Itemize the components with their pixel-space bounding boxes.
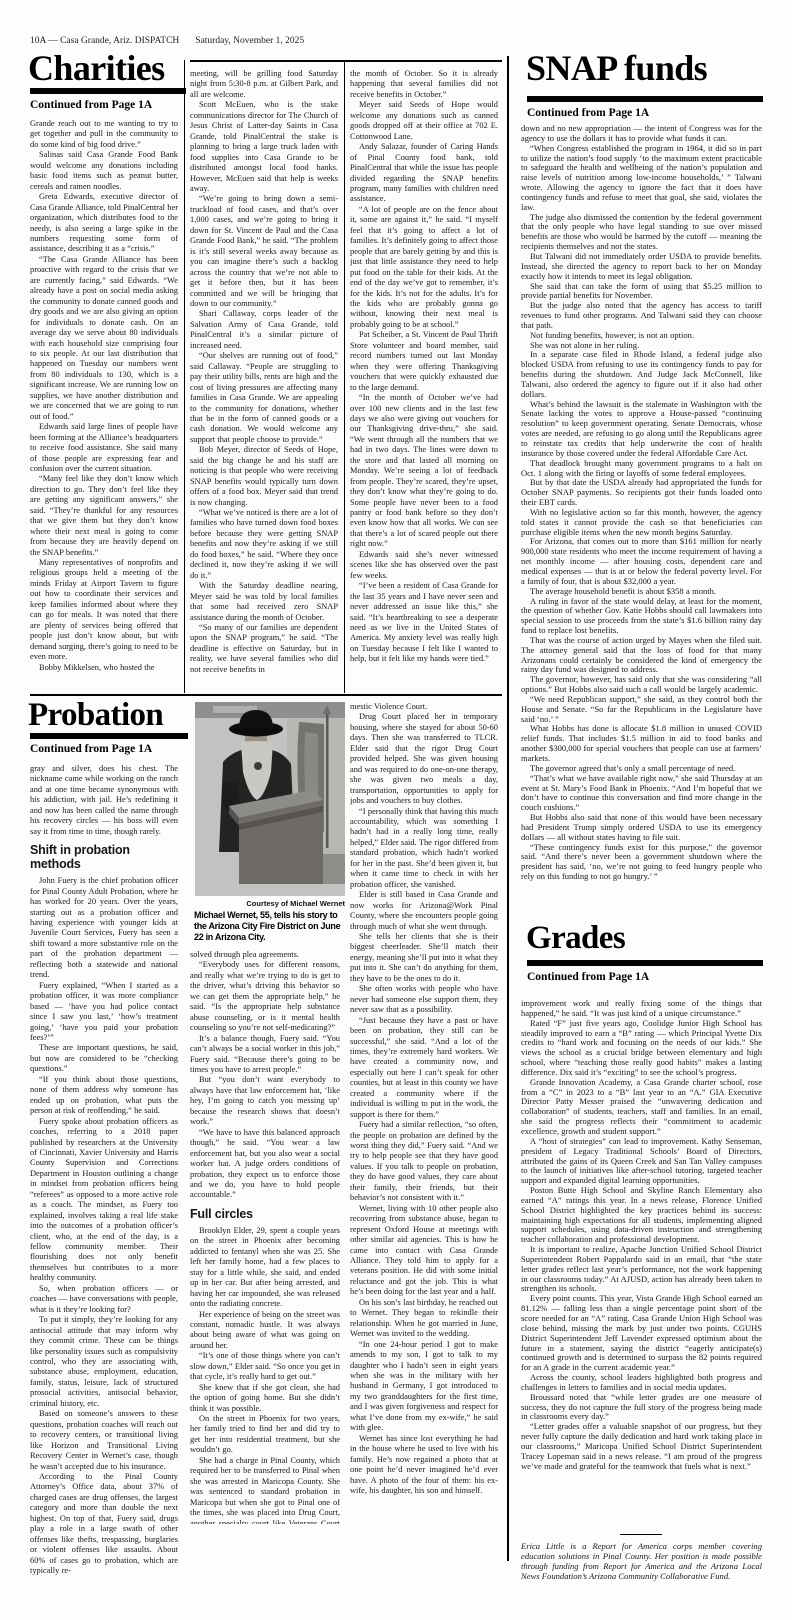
probation-col1-body: John Fuery is the chief probation office… xyxy=(30,876,178,1576)
grades-continued-line: Continued from Page 1A xyxy=(527,971,649,983)
paragraph: To put it simply, they’re looking for an… xyxy=(30,1315,178,1409)
paragraph: Edwards said large lines of people have … xyxy=(30,422,178,474)
paragraph: The judge also dismissed the contention … xyxy=(521,213,762,252)
paragraph: That was the course of action urged by M… xyxy=(521,636,762,675)
paragraph: For Arizona, that comes out to more than… xyxy=(521,537,762,586)
probation-column-2: solved through plea agreements.“Everybod… xyxy=(190,950,340,1524)
paragraph: Andy Salazar, founder of Caring Hands of… xyxy=(350,142,498,205)
paragraph: According to the Pinal County Attorney’s… xyxy=(30,1472,178,1577)
snap-body-column: down and no new appropriation — the inte… xyxy=(521,124,762,906)
charities-column-3: the month of October. So it is already h… xyxy=(350,69,498,693)
paragraph: “That’s what we have available right now… xyxy=(521,774,762,813)
paragraph: John Fuery is the chief probation office… xyxy=(30,876,178,981)
paragraph: A “host of strategies” can lead to impro… xyxy=(521,1137,762,1186)
snap-headline: SNAP funds xyxy=(526,50,707,86)
probation-col1-intro: gray and silver, does his chest. The nic… xyxy=(30,764,178,837)
paragraph: What Hobbs has done is allocate $1.8 mil… xyxy=(521,724,762,763)
paragraph: But the judge also noted that the agency… xyxy=(521,301,762,331)
paragraph: Grande Innovation Academy, a Casa Grande… xyxy=(521,1078,762,1137)
paragraph: “These contingency funds exist for this … xyxy=(521,843,762,882)
paragraph: She tells her clients that she is their … xyxy=(350,932,498,984)
paragraph: But “you don’t want everybody to always … xyxy=(190,1075,340,1127)
paragraph: The governor, however, has said only tha… xyxy=(521,675,762,695)
paragraph: “In the month of October we’ve had over … xyxy=(350,393,498,550)
running-head: 10A — Casa Grande, Ariz. DISPATCHSaturda… xyxy=(30,36,510,46)
paragraph: “We need Republican support,” she said, … xyxy=(521,695,762,725)
photo-credit: Courtesy of Michael Wernet xyxy=(195,899,345,908)
center-column-divider xyxy=(507,56,509,1561)
paragraph: But Hobbs also said that none of this wo… xyxy=(521,813,762,843)
paragraph: mestic Violence Court. xyxy=(350,702,498,712)
grades-headline-rule xyxy=(527,960,763,966)
paragraph: meeting, will be grilling food Saturday … xyxy=(190,69,338,100)
paragraph: “It’s one of those things where you can’… xyxy=(190,1351,340,1382)
subhead-full-circles: Full circles xyxy=(190,1207,340,1221)
paragraph: Brooklyn Elder, 29, spent a couple years… xyxy=(190,1226,340,1310)
paragraph: “Just because they have a past or have b… xyxy=(350,1016,498,1121)
paragraph: Based on someone’s answers to these ques… xyxy=(30,1409,178,1472)
paragraph: She often works with people who have nev… xyxy=(350,984,498,1015)
paragraph: Her experience of being on the street wa… xyxy=(190,1310,340,1352)
paragraph: What’s behind the lawsuit is the stalema… xyxy=(521,400,762,459)
charities-headline-rule xyxy=(30,88,186,94)
paragraph: Wernet, living with 10 other people also… xyxy=(350,1204,498,1298)
paragraph: Pat Scheiber, a St. Vincent de Paul Thri… xyxy=(350,330,498,393)
charities-continued-line: Continued from Page 1A xyxy=(30,99,152,111)
paragraph: Grande reach out to me wanting to try to… xyxy=(30,119,178,150)
paragraph: “Letter grades offer a valuable snapshot… xyxy=(521,1422,762,1471)
paragraph: Drug Court placed her in temporary housi… xyxy=(350,712,498,806)
paragraph: Broussard noted that “while letter grade… xyxy=(521,1393,762,1423)
paragraph: improvement work and really fixing some … xyxy=(521,999,762,1019)
paragraph: Poston Butte High School and Skyline Ran… xyxy=(521,1186,762,1245)
probation-col2-body2: Brooklyn Elder, 29, spent a couple years… xyxy=(190,1226,340,1524)
paragraph: Rated “F” just five years ago, Coolidge … xyxy=(521,1019,762,1078)
paragraph: On his son’s last birthday, he reached o… xyxy=(350,1298,498,1340)
paragraph: Meyer said Seeds of Hope would welcome a… xyxy=(350,100,498,142)
paragraph: down and no new appropriation — the inte… xyxy=(521,124,762,144)
section-divider xyxy=(30,694,502,696)
paragraph: “What we’ve noticed is there are a lot o… xyxy=(190,508,338,581)
paragraph: Wernet has since lost everything he had … xyxy=(350,1434,498,1497)
probation-column-1: gray and silver, does his chest. The nic… xyxy=(30,764,178,1592)
paragraph: Edwards said she’s never witnessed scene… xyxy=(350,550,498,581)
charities-headline: Charities xyxy=(28,50,165,86)
paragraph: “We’re going to bring down a semi-truckl… xyxy=(190,194,338,309)
paragraph: the month of October. So it is already h… xyxy=(350,69,498,100)
column-rule xyxy=(184,60,185,693)
paragraph: Scott McEuen, who is the stake communica… xyxy=(190,100,338,194)
paragraph: A ruling in favor of the state would del… xyxy=(521,597,762,636)
paragraph: With no legislative action so far this m… xyxy=(521,508,762,538)
paragraph: gray and silver, does his chest. The nic… xyxy=(30,764,178,837)
paragraph: Bob Meyer, director of Seeds of Hope, sa… xyxy=(190,445,338,508)
paragraph: solved through plea agreements. xyxy=(190,950,340,960)
paragraph: “I personally think that having this muc… xyxy=(350,807,498,891)
paragraph: Greta Edwards, executive director of Cas… xyxy=(30,192,178,255)
paragraph: Many representatives of nonprofits and r… xyxy=(30,558,178,663)
paragraph: Bobby Mikkelsen, who hosted the xyxy=(30,663,178,673)
paragraph: Every point counts. This year, Vista Gra… xyxy=(521,1294,762,1373)
paragraph: “I’ve been a resident of Casa Grande for… xyxy=(350,581,498,665)
newspaper-page: { "masthead": { "folio": "10A — Casa Gra… xyxy=(0,0,792,1620)
snap-continued-line: Continued from Page 1A xyxy=(527,107,649,119)
paragraph: “Everybody uses for different reasons, a… xyxy=(190,960,340,1033)
paragraph: On the street in Phoenix for two years, … xyxy=(190,1414,340,1456)
photo-michael-wernet-at-podium xyxy=(195,702,345,896)
paragraph: It is important to realize, Apache Junct… xyxy=(521,1245,762,1294)
paragraph: But Talwani did not immediately order US… xyxy=(521,252,762,282)
paragraph: “In one 24-hour period I got to make ame… xyxy=(350,1340,498,1434)
paragraph: “We have to have this balanced approach … xyxy=(190,1128,340,1201)
folio-line: 10A — Casa Grande, Ariz. DISPATCH xyxy=(30,36,179,46)
paragraph: She had a charge in Pinal County, which … xyxy=(190,1456,340,1524)
paragraph: Elder is still based in Casa Grande and … xyxy=(350,890,498,932)
column-rule xyxy=(344,60,345,693)
paragraph: Shari Callaway, corps leader of the Salv… xyxy=(190,309,338,351)
paragraph: Fuery explained, “When I started as a pr… xyxy=(30,981,178,1044)
grades-body-column: improvement work and really fixing some … xyxy=(521,999,762,1513)
paragraph: It’s a balance though, Fuery said. “You … xyxy=(190,1034,340,1076)
paragraph: “If you think about those questions, non… xyxy=(30,1075,178,1117)
tagline-divider xyxy=(620,1534,662,1535)
probation-continued-line: Continued from Page 1A xyxy=(30,743,152,755)
paragraph: Fuery had a similar reflection, “so ofte… xyxy=(350,1120,498,1204)
probation-headline-rule xyxy=(30,733,188,739)
photo-caption: Michael Wernet, 55, tells his story to t… xyxy=(194,910,346,943)
probation-col2-body: solved through plea agreements.“Everybod… xyxy=(190,950,340,1201)
paragraph: In a separate case filed in Rhode Island… xyxy=(521,350,762,399)
charities-column-2: meeting, will be grilling food Saturday … xyxy=(190,69,338,693)
paragraph: “The Casa Grande Alliance has been proac… xyxy=(30,255,178,422)
probation-headline: Probation xyxy=(28,699,163,732)
paragraph: Salinas said Casa Grande Food Bank would… xyxy=(30,150,178,192)
paragraph: But by that date the USDA already had ap… xyxy=(521,478,762,508)
paragraph: These are important questions, he said, … xyxy=(30,1043,178,1074)
paragraph: She knew that if she got clean, she had … xyxy=(190,1383,340,1414)
paragraph: “Many feel like they don’t know which di… xyxy=(30,474,178,558)
article-photo xyxy=(195,702,345,896)
paragraph: “A lot of people are on the fence about … xyxy=(350,205,498,330)
paragraph: Fuery spoke about probation officers as … xyxy=(30,1117,178,1284)
paragraph: So, when probation officers — or coaches… xyxy=(30,1284,178,1315)
paragraph: She said that can take the form of using… xyxy=(521,282,762,302)
grades-headline: Grades xyxy=(526,922,625,955)
charities-column-1: Grande reach out to me wanting to try to… xyxy=(30,119,178,693)
issue-date: Saturday, November 1, 2025 xyxy=(195,36,304,46)
paragraph: “Our shelves are running out of food,” s… xyxy=(190,351,338,445)
paragraph: “When Congress established the program i… xyxy=(521,144,762,213)
snap-headline-rule xyxy=(527,96,763,102)
charities-top-rule xyxy=(190,60,502,62)
paragraph: Across the county, school leaders highli… xyxy=(521,1373,762,1393)
paragraph: That deadlock brought many government pr… xyxy=(521,459,762,479)
probation-column-3: mestic Violence Court.Drug Court placed … xyxy=(350,702,498,1542)
subhead-shift-in-probation-methods: Shift in probation methods xyxy=(30,843,178,871)
paragraph: With the Saturday deadline nearing, Meye… xyxy=(190,581,338,623)
reporter-tagline: Erica Little is a Report for America cor… xyxy=(521,1541,762,1581)
paragraph: “So many of our families are dependent u… xyxy=(190,623,338,675)
